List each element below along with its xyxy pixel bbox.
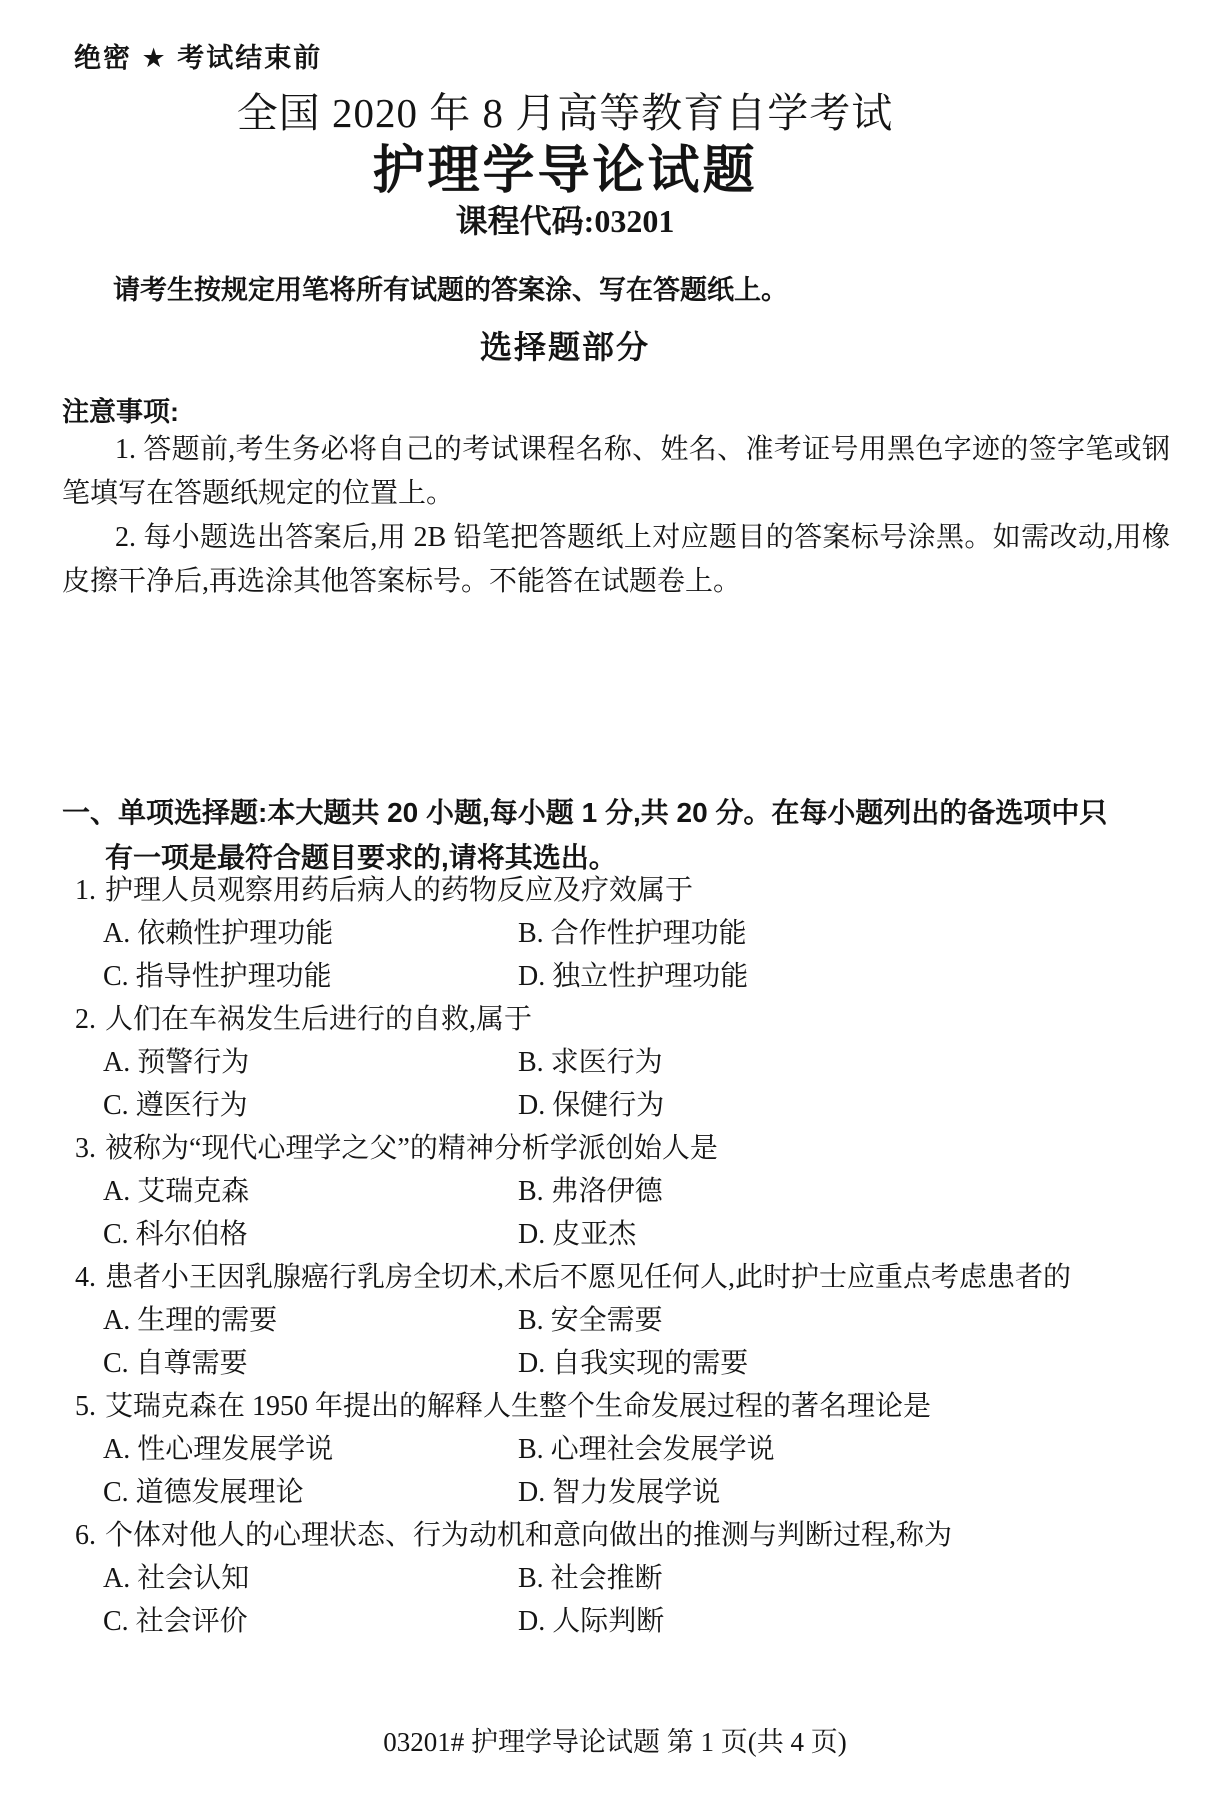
exam-paper-page: 绝密 ★ 考试结束前 全国 2020 年 8 月高等教育自学考试 护理学导论试题… [0, 0, 1230, 1799]
option-d: D. 独立性护理功能 [518, 955, 1175, 998]
question-stem: 6.个体对他人的心理状态、行为动机和意向做出的推测与判断过程,称为 [75, 1514, 1175, 1557]
option-b: B. 心理社会发展学说 [518, 1428, 1175, 1471]
option-d: D. 智力发展学说 [518, 1471, 1175, 1514]
option-c: C. 社会评价 [103, 1600, 518, 1643]
page-footer: 03201# 护理学导论试题 第 1 页(共 4 页) [0, 1720, 1230, 1759]
option-b: B. 求医行为 [518, 1041, 1175, 1084]
option-b: B. 安全需要 [518, 1299, 1175, 1342]
option-a: A. 艾瑞克森 [103, 1170, 518, 1213]
question-stem: 3.被称为“现代心理学之父”的精神分析学派创始人是 [75, 1127, 1175, 1170]
section-heading-line1: 一、单项选择题:本大题共 20 小题,每小题 1 分,共 20 分。在每小题列出… [62, 790, 1172, 835]
question-text: 艾瑞克森在 1950 年提出的解释人生整个生命发展过程的著名理论是 [105, 1391, 931, 1422]
question-number: 6. [75, 1520, 96, 1551]
question-options: A. 性心理发展学说 B. 心理社会发展学说 C. 道德发展理论 D. 智力发展… [75, 1428, 1175, 1514]
option-b: B. 社会推断 [518, 1557, 1175, 1600]
question-text: 个体对他人的心理状态、行为动机和意向做出的推测与判断过程,称为 [105, 1520, 952, 1551]
subject-title: 护理学导论试题 [0, 128, 1130, 203]
question-3: 3.被称为“现代心理学之父”的精神分析学派创始人是 A. 艾瑞克森 B. 弗洛伊… [75, 1127, 1175, 1256]
question-4: 4.患者小王因乳腺癌行乳房全切术,术后不愿见任何人,此时护士应重点考虑患者的 A… [75, 1256, 1175, 1385]
option-d: D. 人际判断 [518, 1600, 1175, 1643]
question-number: 5. [75, 1391, 96, 1422]
course-code: 课程代码:03201 [0, 196, 1130, 242]
question-6: 6.个体对他人的心理状态、行为动机和意向做出的推测与判断过程,称为 A. 社会认… [75, 1514, 1175, 1643]
option-c: C. 自尊需要 [103, 1342, 518, 1385]
option-a: A. 性心理发展学说 [103, 1428, 518, 1471]
option-d: D. 自我实现的需要 [518, 1342, 1175, 1385]
option-b: B. 合作性护理功能 [518, 912, 1175, 955]
question-stem: 5.艾瑞克森在 1950 年提出的解释人生整个生命发展过程的著名理论是 [75, 1385, 1175, 1428]
question-stem: 1.护理人员观察用药后病人的药物反应及疗效属于 [75, 869, 1175, 912]
question-text: 护理人员观察用药后病人的药物反应及疗效属于 [105, 875, 693, 906]
question-number: 3. [75, 1133, 96, 1164]
question-text: 被称为“现代心理学之父”的精神分析学派创始人是 [105, 1133, 718, 1164]
question-list: 1.护理人员观察用药后病人的药物反应及疗效属于 A. 依赖性护理功能 B. 合作… [75, 869, 1175, 1643]
question-options: A. 艾瑞克森 B. 弗洛伊德 C. 科尔伯格 D. 皮亚杰 [75, 1170, 1175, 1256]
section-heading: 一、单项选择题:本大题共 20 小题,每小题 1 分,共 20 分。在每小题列出… [62, 790, 1172, 880]
question-2: 2.人们在车祸发生后进行的自救,属于 A. 预警行为 B. 求医行为 C. 遵医… [75, 998, 1175, 1127]
question-number: 1. [75, 875, 96, 906]
question-options: A. 依赖性护理功能 B. 合作性护理功能 C. 指导性护理功能 D. 独立性护… [75, 912, 1175, 998]
question-text: 患者小王因乳腺癌行乳房全切术,术后不愿见任何人,此时护士应重点考虑患者的 [105, 1262, 1071, 1293]
note-item-1: 1. 答题前,考生务必将自己的考试课程名称、姓名、准考证号用黑色字迹的签字笔或钢… [62, 428, 1170, 516]
option-a: A. 依赖性护理功能 [103, 912, 518, 955]
question-number: 4. [75, 1262, 96, 1293]
answer-instruction: 请考生按规定用笔将所有试题的答案涂、写在答题纸上。 [113, 268, 788, 307]
option-b: B. 弗洛伊德 [518, 1170, 1175, 1213]
option-c: C. 科尔伯格 [103, 1213, 518, 1256]
question-1: 1.护理人员观察用药后病人的药物反应及疗效属于 A. 依赖性护理功能 B. 合作… [75, 869, 1175, 998]
question-options: A. 社会认知 B. 社会推断 C. 社会评价 D. 人际判断 [75, 1557, 1175, 1643]
question-options: A. 预警行为 B. 求医行为 C. 遵医行为 D. 保健行为 [75, 1041, 1175, 1127]
question-stem: 4.患者小王因乳腺癌行乳房全切术,术后不愿见任何人,此时护士应重点考虑患者的 [75, 1256, 1175, 1299]
option-a: A. 社会认知 [103, 1557, 518, 1600]
part-heading: 选择题部分 [0, 322, 1130, 368]
option-d: D. 保健行为 [518, 1084, 1175, 1127]
question-5: 5.艾瑞克森在 1950 年提出的解释人生整个生命发展过程的著名理论是 A. 性… [75, 1385, 1175, 1514]
option-c: C. 道德发展理论 [103, 1471, 518, 1514]
question-text: 人们在车祸发生后进行的自救,属于 [105, 1004, 532, 1035]
option-a: A. 生理的需要 [103, 1299, 518, 1342]
option-a: A. 预警行为 [103, 1041, 518, 1084]
option-c: C. 遵医行为 [103, 1084, 518, 1127]
question-stem: 2.人们在车祸发生后进行的自救,属于 [75, 998, 1175, 1041]
note-item-2: 2. 每小题选出答案后,用 2B 铅笔把答题纸上对应题目的答案标号涂黑。如需改动… [62, 516, 1170, 604]
option-c: C. 指导性护理功能 [103, 955, 518, 998]
question-number: 2. [75, 1004, 96, 1035]
option-d: D. 皮亚杰 [518, 1213, 1175, 1256]
notes-heading: 注意事项: [62, 390, 179, 429]
question-options: A. 生理的需要 B. 安全需要 C. 自尊需要 D. 自我实现的需要 [75, 1299, 1175, 1385]
classification-banner: 绝密 ★ 考试结束前 [74, 36, 322, 75]
